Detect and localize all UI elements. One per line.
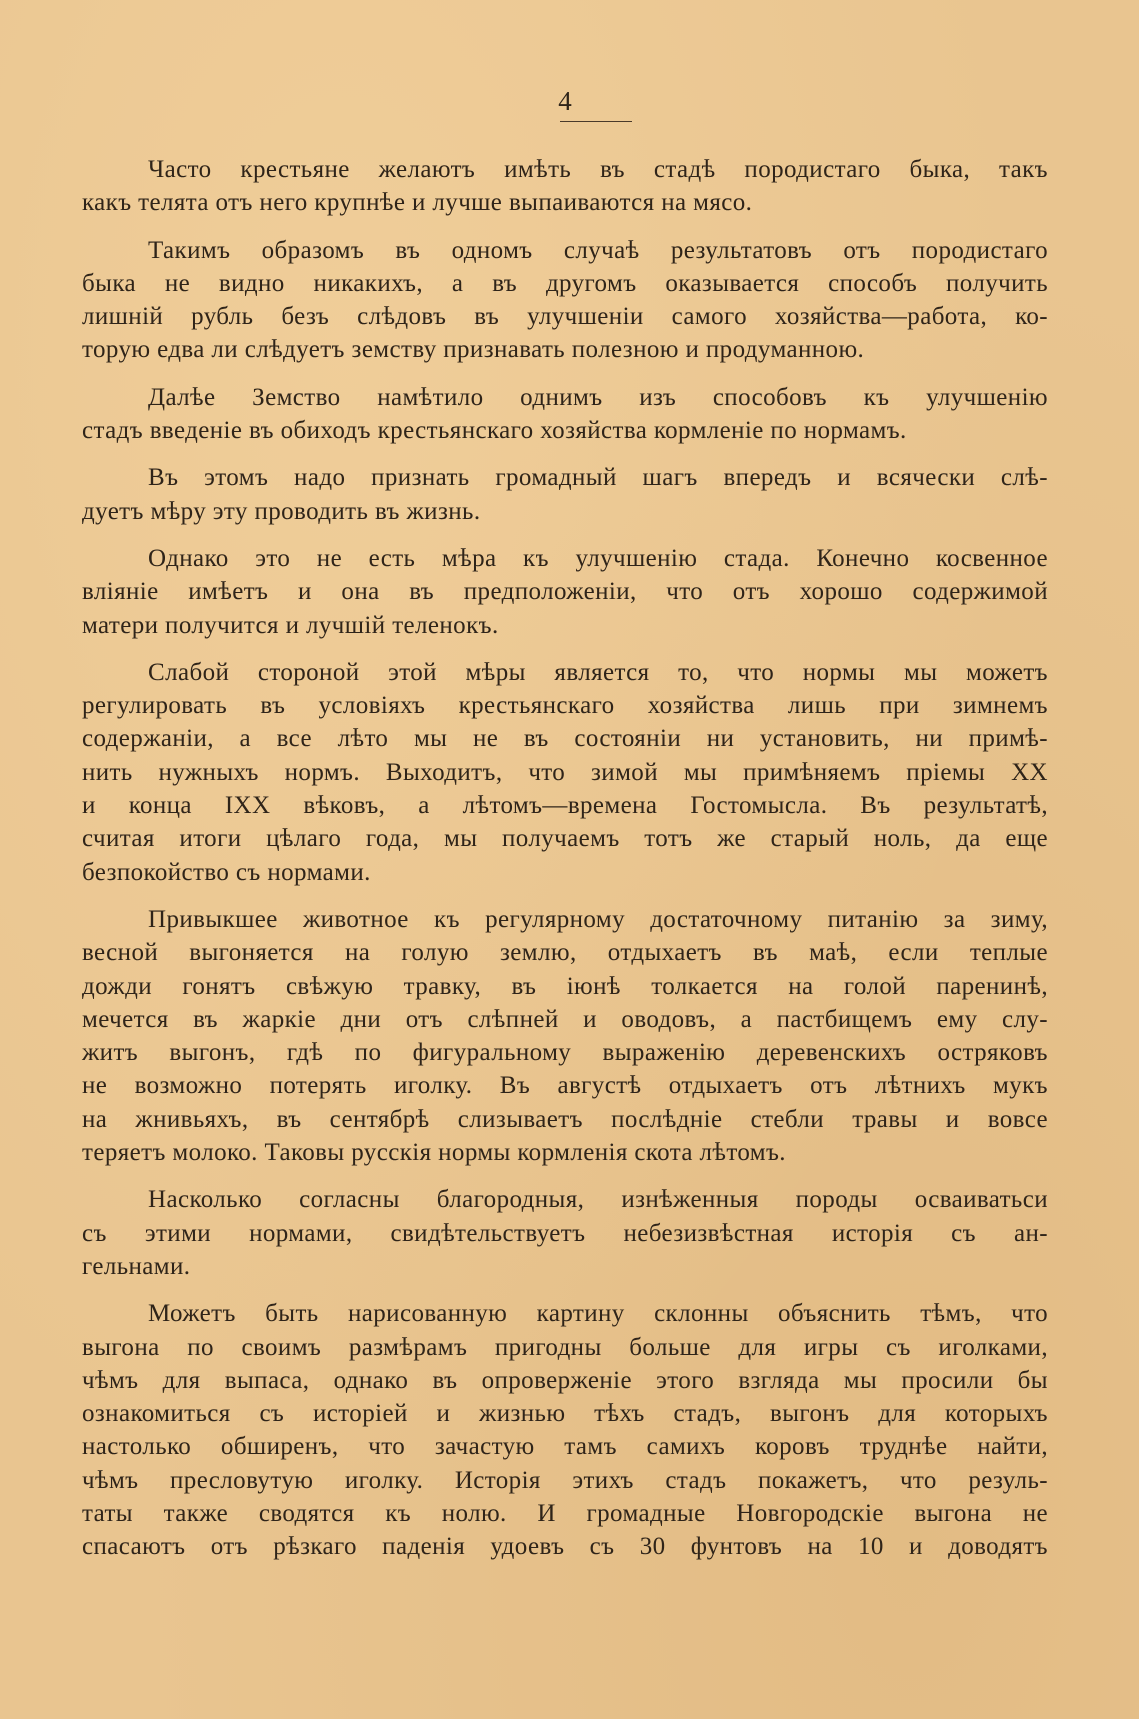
paragraph: Привыкшее животное къ регулярному достат… <box>82 903 1048 1169</box>
text-line: Далѣе Земство намѣтило однимъ изъ способ… <box>82 381 1048 414</box>
page-number-rule <box>560 121 632 122</box>
paragraph: Слабой стороной этой мѣры является то, ч… <box>82 656 1048 889</box>
text-line: Можетъ быть нарисованную картину склонны… <box>82 1297 1048 1330</box>
text-line: Привыкшее животное къ регулярному достат… <box>82 903 1048 936</box>
text-line: нить нужныхъ нормъ. Выходитъ, что зимой … <box>82 756 1048 789</box>
paragraph: Далѣе Земство намѣтило однимъ изъ способ… <box>82 381 1048 448</box>
paragraph: Такимъ образомъ въ одномъ случаѣ результ… <box>82 234 1048 367</box>
text-line: спасаютъ отъ рѣзкаго паденія удоевъ съ 3… <box>82 1530 1048 1563</box>
text-line: какъ телята отъ него крупнѣе и лучше вып… <box>82 186 1048 219</box>
text-line: торую едва ли слѣдуетъ земству признават… <box>82 333 1048 366</box>
text-line: быка не видно никакихъ, а въ другомъ ока… <box>82 267 1048 300</box>
paragraph: Въ этомъ надо признать громадный шагъ вп… <box>82 461 1048 528</box>
text-line: теряетъ молоко. Таковы русскія нормы кор… <box>82 1136 1048 1169</box>
text-line: Въ этомъ надо признать громадный шагъ вп… <box>82 461 1048 494</box>
paragraph: Часто крестьяне желаютъ имѣть въ стадѣ п… <box>82 153 1048 220</box>
text-line: безпокойство съ нормами. <box>82 856 1048 889</box>
text-line: Такимъ образомъ въ одномъ случаѣ результ… <box>82 234 1048 267</box>
paragraph: Однако это не есть мѣра къ улучшенію ста… <box>82 542 1048 642</box>
text-line: регулировать въ условіяхъ крестьянскаго … <box>82 689 1048 722</box>
paragraph: Насколько согласны благородныя, изнѣженн… <box>82 1183 1048 1283</box>
text-line: содержаніи, а все лѣто мы не въ состояні… <box>82 722 1048 755</box>
text-line: стадъ введеніе въ обиходъ крестьянскаго … <box>82 414 1048 447</box>
text-line: Слабой стороной этой мѣры является то, ч… <box>82 656 1048 689</box>
body-text: Часто крестьяне желаютъ имѣть въ стадѣ п… <box>82 153 1048 1578</box>
text-line: съ этими нормами, свидѣтельствуетъ небез… <box>82 1217 1048 1250</box>
text-line: Однако это не есть мѣра къ улучшенію ста… <box>82 542 1048 575</box>
text-line: весной выгоняется на голую землю, отдыха… <box>82 936 1048 969</box>
text-line: дожди гонятъ свѣжую травку, въ іюнѣ толк… <box>82 970 1048 1003</box>
paragraph: Можетъ быть нарисованную картину склонны… <box>82 1297 1048 1563</box>
text-line: выгона по своимъ размѣрамъ пригодны боль… <box>82 1331 1048 1364</box>
text-line: лишній рубль безъ слѣдовъ въ улучшеніи с… <box>82 300 1048 333</box>
text-line: не возможно потерять иголку. Въ августѣ … <box>82 1069 1048 1102</box>
text-line: таты также сводятся къ нолю. И громадные… <box>82 1497 1048 1530</box>
text-line: гельнами. <box>82 1250 1048 1283</box>
text-line: на жнивьяхъ, въ сентябрѣ слизываетъ посл… <box>82 1103 1048 1136</box>
text-line: ознакомиться съ исторіей и жизнью тѣхъ с… <box>82 1397 1048 1430</box>
text-line: чѣмъ для выпаса, однако въ опроверженіе … <box>82 1364 1048 1397</box>
text-line: чѣмъ пресловутую иголку. Исторія этихъ с… <box>82 1464 1048 1497</box>
text-line: матери получится и лучшій теленокъ. <box>82 609 1048 642</box>
text-line: вліяніе имѣетъ и она въ предположеніи, ч… <box>82 575 1048 608</box>
text-line: Часто крестьяне желаютъ имѣть въ стадѣ п… <box>82 153 1048 186</box>
page-number: 4 <box>82 86 1048 116</box>
text-line: и конца IXX вѣковъ, а лѣтомъ—времена Гос… <box>82 789 1048 822</box>
text-line: дуетъ мѣру эту проводить въ жизнь. <box>82 495 1048 528</box>
text-line: считая итоги цѣлаго года, мы получаемъ т… <box>82 822 1048 855</box>
text-line: житъ выгонъ, гдѣ по фигуральному выражен… <box>82 1036 1048 1069</box>
text-line: Насколько согласны благородныя, изнѣженн… <box>82 1183 1048 1216</box>
text-line: настолько обширенъ, что зачастую тамъ са… <box>82 1430 1048 1463</box>
text-line: мечется въ жаркіе дни отъ слѣпней и овод… <box>82 1003 1048 1036</box>
